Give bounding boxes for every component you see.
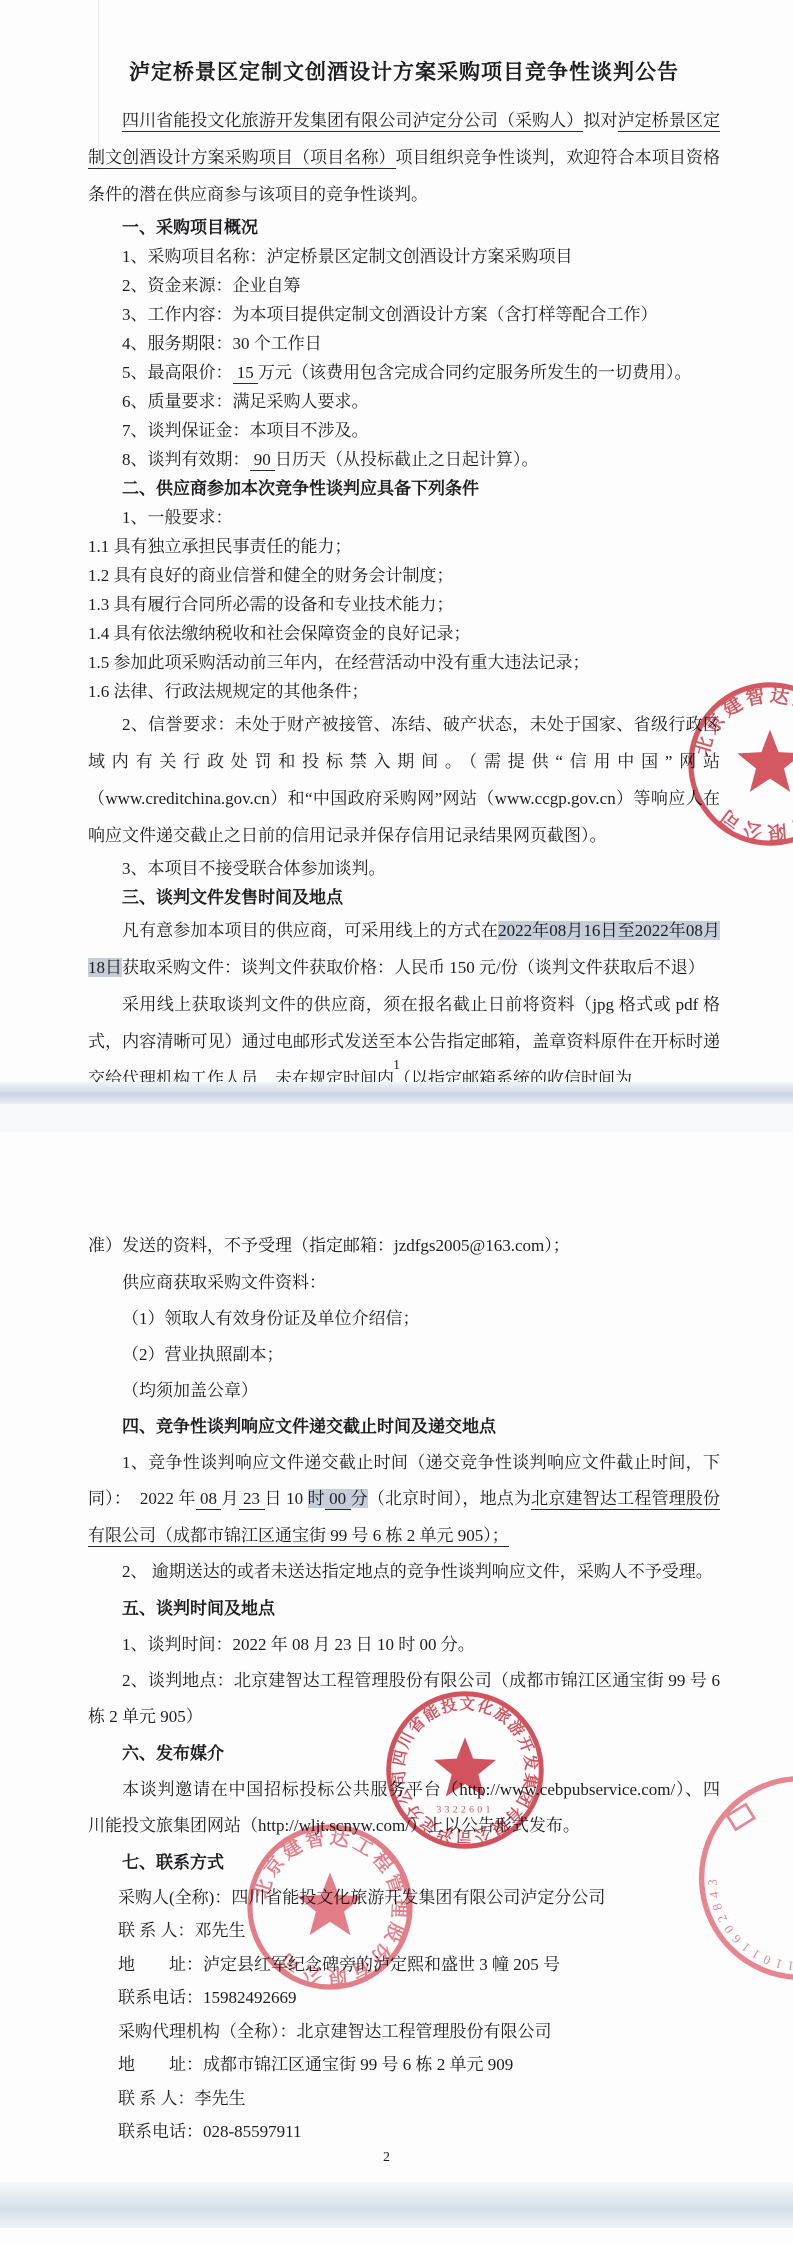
text-segment: 3、本项目不接受联合体参加谈判。 [122,859,386,878]
text-segment: 获取采购文件：谈判文件获取价格：人民币 150 元/份（谈判文件获取后不退） [122,958,705,977]
doc-line: 联 系 人：邓先生 [88,1914,720,1948]
doc-line: 供应商获取采购文件资料： [88,1265,720,1301]
doc-line: 8、谈判有效期： 90 日历天（从投标截止之日起计算）。 [88,445,720,474]
doc-line: 三、谈判文件发售时间及地点 [88,883,720,912]
text-segment: 2、信誉要求：未处于财产被接管、冻结、破产状态，未处于国家、省级行政区域内有关行… [88,715,720,845]
text-segment: 采购人(全称)：四川省能投文化旅游开发集团有限公司泸定分公司 [118,1888,605,1907]
doc-line: 1、采购项目名称：泸定桥景区定制文创酒设计方案采购项目 [88,242,720,271]
text-segment: 15 [233,363,259,384]
text-segment: 1.3 具有履行合同所必需的设备和专业技术能力； [88,595,454,614]
text-segment: 泸定桥景区定制文创酒设计方案采购项目竞争性谈判公告 [129,60,679,84]
text-segment: 采用线上获取谈判文件的供应商，须在报名截止日前将资料（jpg 格式或 pdf 格… [88,995,720,1088]
text-segment: （北京时间），地点为 [368,1489,531,1508]
text-segment: （1）领取人有效身份证及单位介绍信； [122,1309,420,1328]
text-segment: 凡有意参加本项目的供应商，可采用线上的方式在 [122,921,498,940]
text-segment: 万元（该费用包含完成合同约定服务所发生的一切费用）。 [258,363,692,382]
text-segment: 1.6 法律、行政法规规定的其他条件； [88,682,369,701]
doc-line: 地 址：泸定县红军纪念碑旁的泸定熙和盛世 3 幢 205 号 [88,1948,720,1982]
text-segment: 地 址：成都市锦江区通宝街 99 号 6 栋 2 单元 909 [118,2055,513,2074]
doc-line: 联系电话：028-85597911 [88,2115,720,2149]
text-segment: 七、联系方式 [122,1853,224,1872]
doc-line: 4、服务期限：30 个工作日 [88,329,720,358]
doc-line: 2、 逾期送达的或者未送达指定地点的竞争性谈判响应文件，采购人不予受理。 [88,1554,720,1591]
page-number: 1 [393,1058,400,1074]
text-segment: 联 系 人：邓先生 [118,1921,246,1940]
text-segment: 23 [239,1489,265,1510]
doc-line: （2）营业执照副本； [88,1337,720,1373]
text-segment: 1、谈判时间：2022 年 08 月 23 日 10 时 00 分。 [122,1635,475,1654]
doc-line: 1.2 具有良好的商业信誉和健全的财务会计制度； [88,561,720,590]
doc-line: 采购代理机构（全称）：北京建智达工程管理股份有限公司 [88,2015,720,2049]
text-segment: （2）营业执照副本； [122,1345,284,1364]
text-segment: 4、服务期限：30 个工作日 [122,334,322,353]
doc-line: 1.4 具有依法缴纳税收和社会保障资金的良好记录； [88,619,720,648]
document-page-2: 准）发送的资料，不予受理（指定邮箱：jzdfgs2005@163.com）；供应… [0,1132,793,2244]
text-segment: 7、谈判保证金：本项目不涉及。 [122,421,369,440]
doc-line: 一、采购项目概况 [88,213,720,242]
text-segment: 1、采购项目名称：泸定桥景区定制文创酒设计方案采购项目 [122,247,573,266]
text-segment: 1.5 参加此项采购活动前三年内，在经营活动中没有重大违法记录； [88,653,590,672]
text-segment: 五、谈判时间及地点 [122,1599,275,1618]
text-segment: （均须加盖公章） [122,1381,258,1400]
doc-line: （均须加盖公章） [88,1373,720,1409]
text-segment: 5、最高限价： [122,363,233,382]
doc-line: 联 系 人：李先生 [88,2082,720,2116]
doc-line: 七、联系方式 [88,1845,720,1881]
scanned-document: { "colors": { "seal_red": "#ce3b46", "se… [0,0,793,2244]
text-segment: 6、质量要求：满足采购人要求。 [122,392,369,411]
text-segment: 8、谈判有效期： [122,450,250,469]
text-segment: 六、发布媒介 [122,1744,224,1763]
doc-line: 1.5 参加此项采购活动前三年内，在经营活动中没有重大违法记录； [88,648,720,677]
text-segment: 00 [325,1489,351,1510]
doc-line: 联系电话：15982492669 [88,1981,720,2015]
text-segment: 1.2 具有良好的商业信誉和健全的财务会计制度； [88,566,454,585]
text-segment: 2、 逾期送达的或者未送达指定地点的竞争性谈判响应文件，采购人不予受理。 [122,1562,713,1581]
doc-line: 1.3 具有履行合同所必需的设备和专业技术能力； [88,590,720,619]
text-segment: 联系电话：028-85597911 [118,2122,302,2141]
text-segment: 时 [308,1489,325,1508]
doc-line: 采用线上获取谈判文件的供应商，须在报名截止日前将资料（jpg 格式或 pdf 格… [88,986,720,1097]
text-segment: 2、谈判地点：北京建智达工程管理股份有限公司（成都市锦江区通宝街 99 号 6 … [88,1671,724,1727]
document-title: 泸定桥景区定制文创酒设计方案采购项目竞争性谈判公告 [88,56,720,88]
doc-line: 1.1 具有独立承担民事责任的能力； [88,532,720,561]
text-segment: 二、供应商参加本次竞争性谈判应具备下列条件 [122,479,479,498]
text-segment: 分 [351,1489,368,1508]
text-segment: 日 10 [265,1489,308,1508]
page-gap [0,1104,793,1132]
text-segment: 3、工作内容：为本项目提供定制文创酒设计方案（含打样等配合工作） [122,305,658,324]
doc-line: 四川省能投文化旅游开发集团有限公司泸定分公司（采购人）拟对泸定桥景区定制文创酒设… [88,102,720,213]
text-segment: 四川省能投文化旅游开发集团有限公司泸定分公司（采购人） [122,111,583,132]
doc-line: 六、发布媒介 [88,1736,720,1772]
text-segment: 一、采购项目概况 [122,218,258,237]
doc-line: 二、供应商参加本次竞争性谈判应具备下列条件 [88,474,720,503]
text-segment: 日历天（从投标截止之日起计算）。 [275,450,539,469]
text-segment: 四、竞争性谈判响应文件递交截止时间及递交地点 [122,1417,496,1436]
doc-line: 采购人(全称)：四川省能投文化旅游开发集团有限公司泸定分公司 [88,1881,720,1915]
document-page-1: 泸定桥景区定制文创酒设计方案采购项目竞争性谈判公告四川省能投文化旅游开发集团有限… [0,0,793,1100]
doc-line: 2、信誉要求：未处于财产被接管、冻结、破产状态，未处于国家、省级行政区域内有关行… [88,706,720,854]
doc-line: 五、谈判时间及地点 [88,1591,720,1627]
text-segment: 90 [250,450,276,471]
text-segment: 2、资金来源：企业自筹 [122,276,301,295]
page-number: 2 [383,2150,390,2166]
text-segment: 08 [196,1489,222,1510]
doc-line: 3、本项目不接受联合体参加谈判。 [88,854,720,883]
doc-line: 凡有意参加本项目的供应商，可采用线上的方式在2022年08月16日至2022年0… [88,912,720,986]
doc-line: 5、最高限价： 15 万元（该费用包含完成合同约定服务所发生的一切费用）。 [88,358,720,387]
text-segment: 本谈判邀请在中国招标投标公共服务平台（http://www.cebpubserv… [88,1780,720,1836]
seal-star-icon [737,730,793,792]
page-2-content: 准）发送的资料，不予受理（指定邮箱：jzdfgs2005@163.com）；供应… [88,1228,720,2149]
text-segment: 准）发送的资料，不予受理（指定邮箱：jzdfgs2005@163.com）； [88,1236,570,1255]
text-segment: 月 [221,1489,238,1508]
doc-line: 1.6 法律、行政法规规定的其他条件； [88,677,720,706]
doc-line: 准）发送的资料，不予受理（指定邮箱：jzdfgs2005@163.com）； [88,1228,720,1265]
doc-line: 四、竞争性谈判响应文件递交截止时间及递交地点 [88,1409,720,1445]
doc-line: 3、工作内容：为本项目提供定制文创酒设计方案（含打样等配合工作） [88,300,720,329]
doc-line: 1、竞争性谈判响应文件递交截止时间（递交竞争性谈判响应文件截止时间，下同）： 2… [88,1445,720,1555]
text-segment: 供应商获取采购文件资料： [122,1273,326,1292]
doc-line: （1）领取人有效身份证及单位介绍信； [88,1301,720,1337]
text-segment: 联系电话：15982492669 [118,1988,297,2007]
doc-line: 2、资金来源：企业自筹 [88,271,720,300]
text-segment: 1.4 具有依法缴纳税收和社会保障资金的良好记录； [88,624,471,643]
doc-line: 本谈判邀请在中国招标投标公共服务平台（http://www.cebpubserv… [88,1772,720,1845]
text-segment: 拟对 [583,111,617,130]
doc-line: 1、谈判时间：2022 年 08 月 23 日 10 时 00 分。 [88,1627,720,1663]
page-1-content: 泸定桥景区定制文创酒设计方案采购项目竞争性谈判公告四川省能投文化旅游开发集团有限… [88,56,720,1097]
doc-line: 2、谈判地点：北京建智达工程管理股份有限公司（成都市锦江区通宝街 99 号 6 … [88,1663,720,1736]
text-segment: 地 址：泸定县红军纪念碑旁的泸定熙和盛世 3 幢 205 号 [118,1955,560,1974]
doc-line: 6、质量要求：满足采购人要求。 [88,387,720,416]
doc-line: 1、一般要求： [88,503,720,532]
text-segment: 1.1 具有独立承担民事责任的能力； [88,537,352,556]
text-segment: 联 系 人：李先生 [118,2089,246,2108]
doc-line: 地 址：成都市锦江区通宝街 99 号 6 栋 2 单元 909 [88,2048,720,2082]
text-segment: 1、一般要求： [122,508,233,527]
doc-line: 7、谈判保证金：本项目不涉及。 [88,416,720,445]
text-segment: 采购代理机构（全称）：北京建智达工程管理股份有限公司 [118,2022,552,2041]
text-segment: 三、谈判文件发售时间及地点 [122,888,343,907]
